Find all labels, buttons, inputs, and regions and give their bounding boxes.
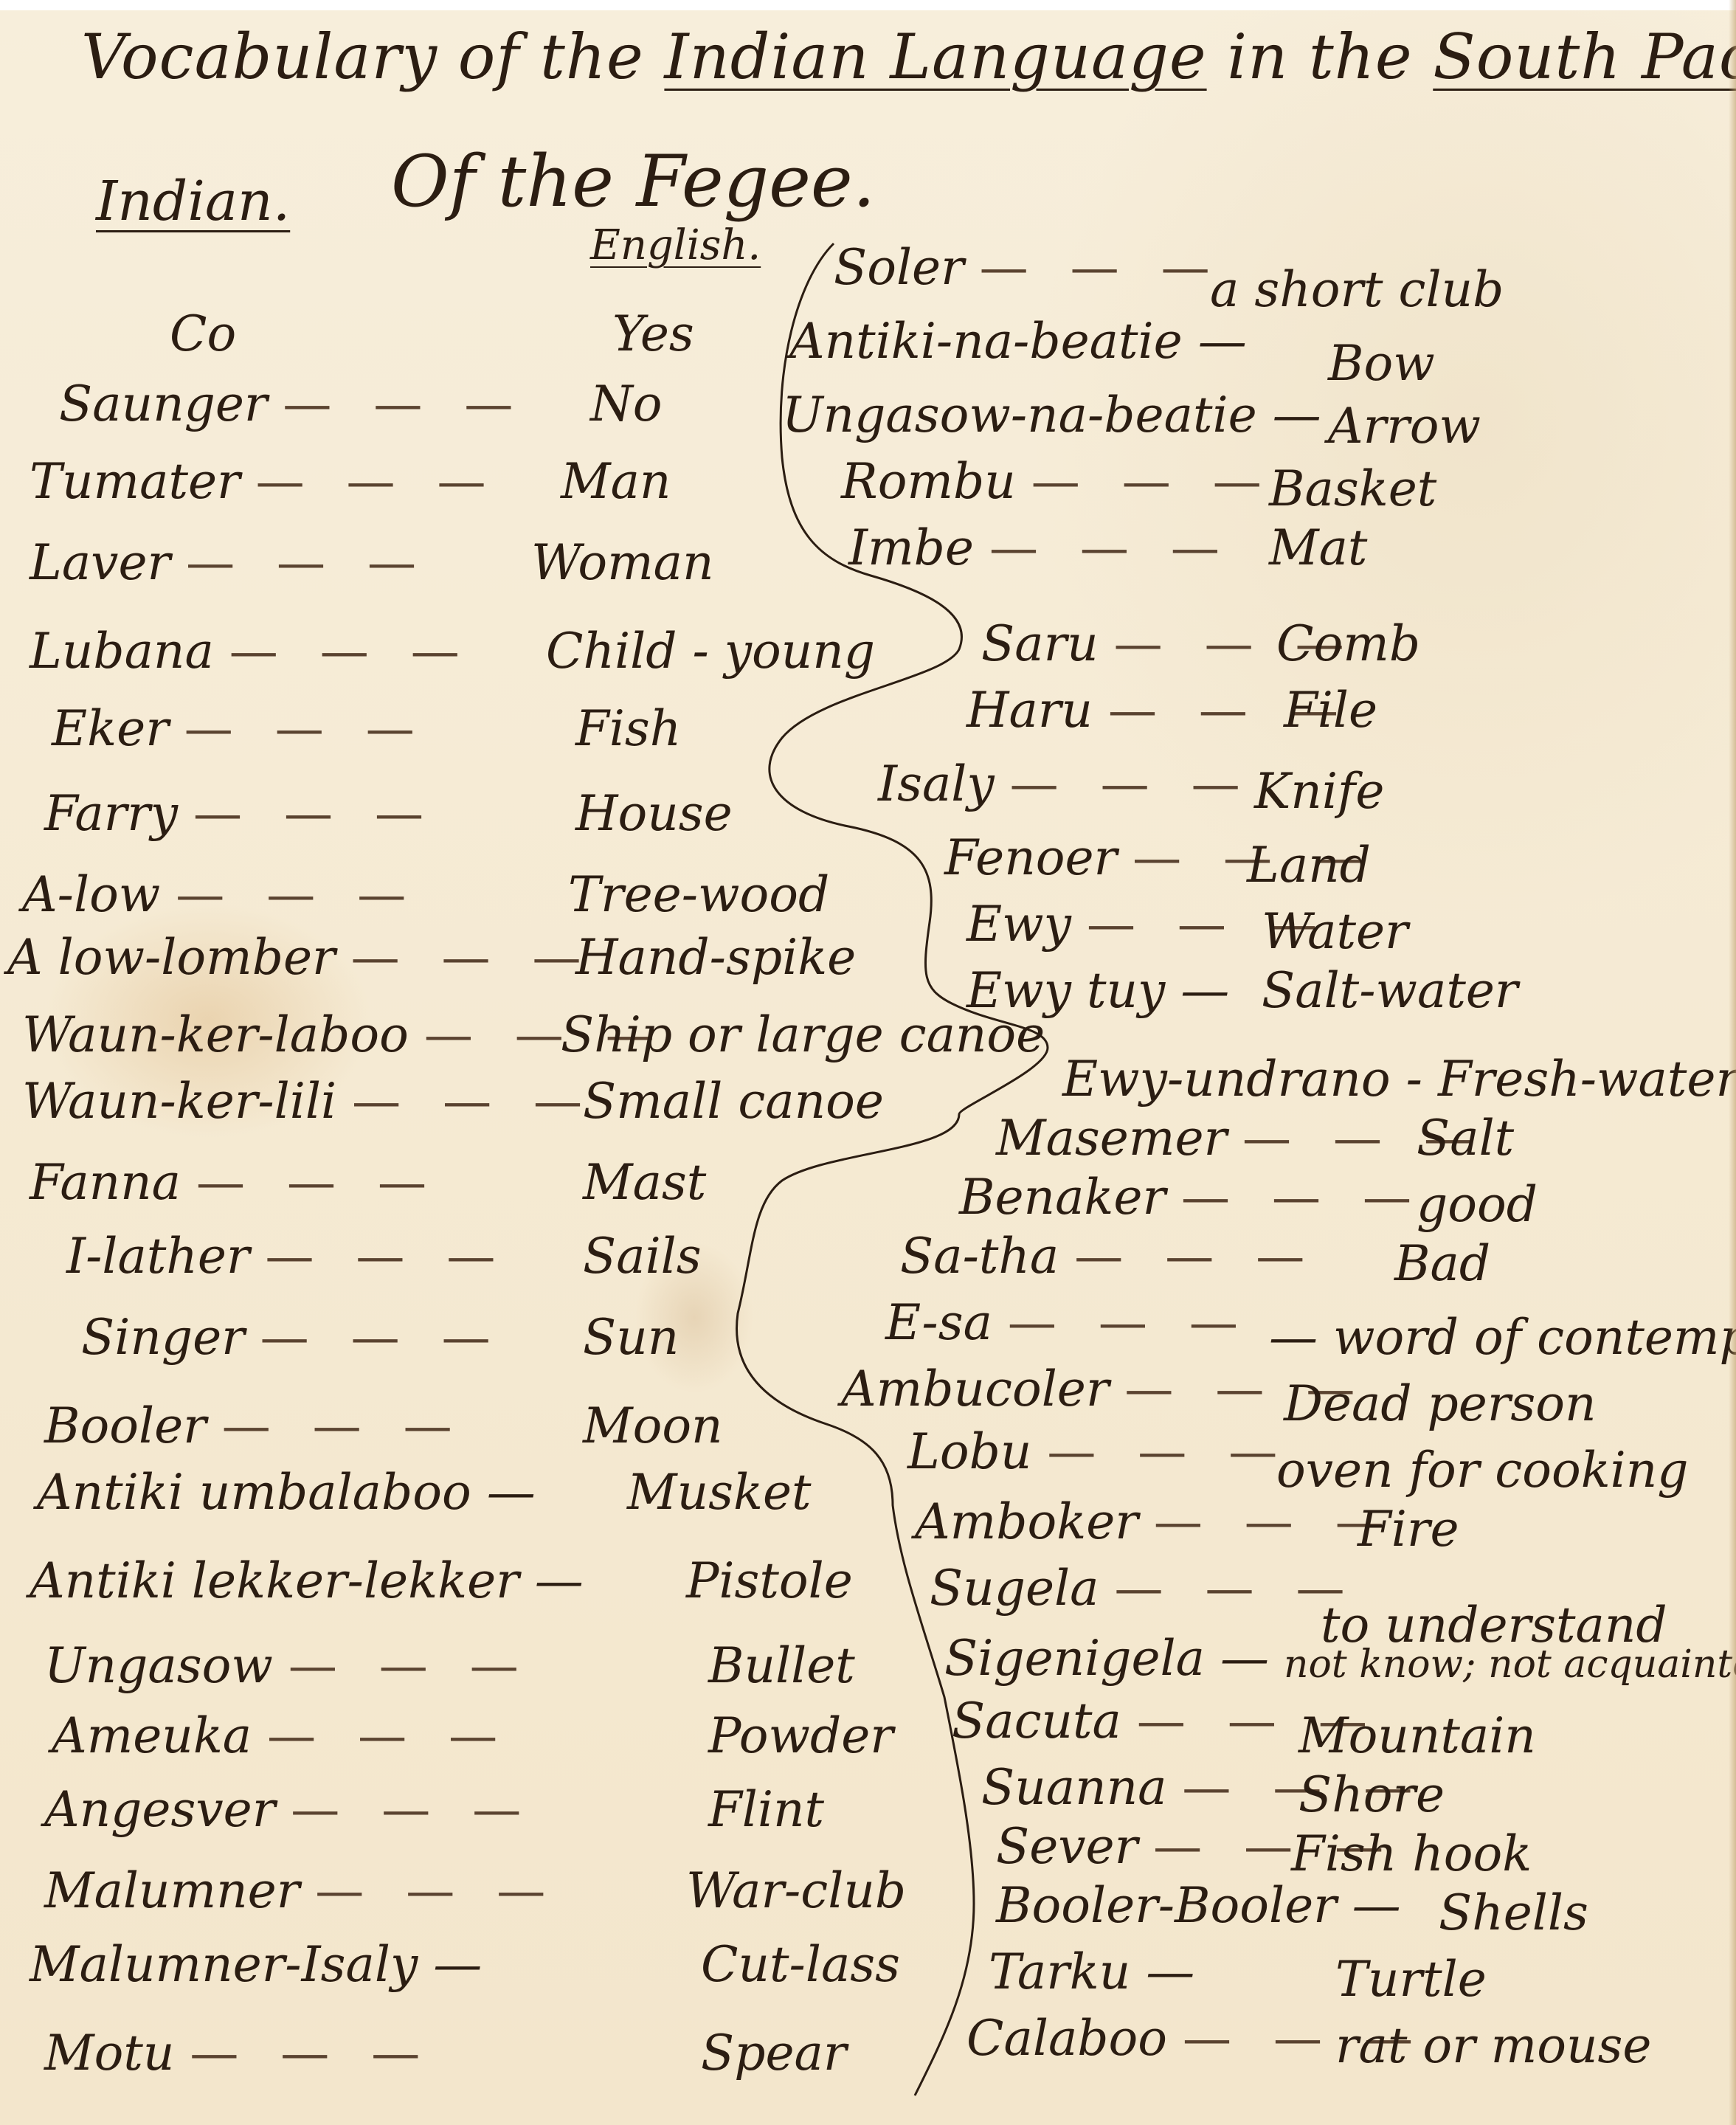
list-item: Powder — [708, 1712, 893, 1761]
separator: — — — — [190, 2025, 433, 2081]
separator: — — — — [260, 1309, 504, 1366]
indian-word: Ameuka — [52, 1707, 252, 1764]
english-word: Man — [561, 453, 671, 510]
list-item: Sa-tha — — — — [900, 1232, 1318, 1281]
list-item: rat or mouse — [1335, 2022, 1651, 2070]
list-item: Dead person — [1284, 1380, 1597, 1428]
english-word: House — [575, 785, 733, 842]
indian-word: Singer — [81, 1309, 245, 1366]
list-item: War-club — [686, 1867, 906, 1915]
list-item: Imbe — — — — [848, 524, 1233, 573]
english-word: Yes — [612, 305, 694, 362]
list-item: Tarku — — [989, 1948, 1194, 1997]
separator: — — — — [196, 1154, 440, 1211]
english-word: word of contempt — [1333, 1309, 1736, 1366]
list-item: Booler — — — — [44, 1402, 466, 1451]
indian-word: Soler — [834, 239, 964, 296]
list-item: Water — [1262, 908, 1408, 956]
english-word: Water — [1262, 903, 1408, 960]
english-word: Small canoe — [583, 1073, 884, 1130]
english-word: Bullet — [708, 1637, 855, 1694]
indian-word: Booler — [44, 1397, 207, 1454]
english-word: Powder — [708, 1707, 893, 1764]
list-item: Amboker — — — — [915, 1498, 1397, 1547]
indian-word: Ewy-undrano — [1062, 1051, 1391, 1108]
english-column-header: English. — [590, 221, 761, 269]
list-item: — word of contempt — [1269, 1313, 1736, 1362]
separator: — — — — [222, 1397, 466, 1454]
english-word: Fire — [1358, 1501, 1459, 1558]
english-word: Flint — [708, 1781, 824, 1838]
english-word: Moon — [583, 1397, 723, 1454]
indian-word: Fenoer — [944, 829, 1117, 886]
indian-word: Saru — [981, 615, 1099, 672]
list-item: Knife — [1254, 767, 1384, 816]
title-part: in the — [1207, 21, 1434, 93]
separator: — — — — [1010, 756, 1253, 812]
list-item: Masemer — — — — [996, 1114, 1486, 1163]
separator: — — — — [1008, 1294, 1251, 1351]
indian-word: Sugela — [930, 1560, 1099, 1617]
separator: — — — — [267, 1707, 511, 1764]
list-item: Bad — [1394, 1240, 1490, 1288]
indian-word: A-low — [22, 866, 160, 923]
english-word: Salt — [1417, 1110, 1514, 1167]
list-item: Small canoe — [583, 1077, 884, 1126]
separator: — — — — [288, 1637, 532, 1694]
list-item: Sigenigela — — [944, 1634, 1269, 1683]
list-item: Sun — [583, 1313, 679, 1362]
indian-word: Ungasow — [44, 1637, 273, 1694]
list-item: Comb — [1276, 620, 1420, 668]
list-item: Musket — [627, 1468, 812, 1517]
english-word: Sails — [583, 1228, 702, 1285]
separator: — — — — [193, 785, 437, 842]
english-word: not know; not acquainted — [1284, 1642, 1736, 1687]
english-word: File — [1284, 682, 1377, 739]
list-item: Pistole — [686, 1557, 853, 1606]
indian-word: Ungasow-na-beatie — [782, 387, 1257, 443]
english-word: rat or mouse — [1335, 2017, 1651, 2074]
list-item: Man — [561, 457, 671, 506]
list-item: Turtle — [1335, 1955, 1487, 2004]
list-item: Fanna — — — — [30, 1158, 440, 1207]
indian-word: Imbe — [848, 519, 974, 576]
separator: — — — — [352, 1073, 595, 1130]
english-word: Mat — [1269, 519, 1367, 576]
english-word: Turtle — [1335, 1951, 1487, 2008]
list-item: Lubana — — — — [30, 627, 473, 676]
english-word: good — [1417, 1176, 1538, 1233]
list-item: A-low — — — — [22, 871, 419, 919]
english-word: Sun — [583, 1309, 679, 1366]
indian-word: Eker — [52, 700, 169, 757]
indian-word: Co — [170, 305, 236, 362]
indian-word: Sacuta — [952, 1693, 1121, 1749]
indian-column-header: Indian. — [96, 170, 290, 233]
list-item: Soler — — — — [834, 243, 1223, 292]
separator: — — — — [229, 623, 473, 680]
list-item: Antiki-na-beatie — — [789, 317, 1247, 366]
list-item: Spear — [701, 2029, 846, 2078]
list-item: Antiki umbalaboo — — [37, 1468, 536, 1517]
list-item: Bow — [1328, 339, 1435, 388]
title-part: Vocabulary of the — [81, 21, 664, 93]
list-item: Malumner-Isaly — — [30, 1941, 482, 1989]
list-item: Lobu — — — — [907, 1428, 1290, 1476]
indian-word: A low-lomber — [7, 929, 336, 986]
indian-word: Waun-ker-laboo — [22, 1006, 409, 1063]
separator: — — — — [176, 866, 419, 923]
list-item: Farry — — — — [44, 789, 437, 838]
english-word: a short club — [1210, 261, 1504, 318]
english-word: Shells — [1439, 1884, 1588, 1941]
english-word: Spear — [701, 2025, 846, 2081]
indian-word: Fanna — [30, 1154, 181, 1211]
list-item: Ewy tuy — — [966, 967, 1229, 1015]
list-item: Land — [1247, 841, 1371, 890]
list-item: Mast — [583, 1158, 706, 1207]
indian-word: Amboker — [915, 1493, 1138, 1550]
indian-word: Malumner-Isaly — [30, 1936, 418, 1993]
indian-word: Calaboo — [966, 2010, 1167, 2067]
list-item: Booler-Booler — — [996, 1882, 1401, 1930]
list-item: not know; not acquainted — [1284, 1645, 1736, 1684]
list-item: E-sa — — — — [885, 1299, 1251, 1347]
list-item: Arrow — [1328, 402, 1481, 451]
list-item: Eker — — — — [52, 705, 428, 753]
indian-word: Lobu — [907, 1423, 1031, 1480]
separator: — — — — [980, 239, 1223, 296]
indian-word: I-lather — [66, 1228, 249, 1285]
english-word: oven for cooking — [1276, 1442, 1689, 1499]
list-item: Tree-wood — [568, 871, 829, 919]
indian-word: Benaker — [959, 1169, 1166, 1226]
english-word: War-club — [686, 1862, 906, 1919]
indian-word: Antiki-na-beatie — [789, 313, 1183, 370]
separator: — — — — [1074, 1228, 1318, 1285]
indian-word: Malumner — [44, 1862, 300, 1919]
indian-word: Sever — [996, 1818, 1138, 1875]
english-word: Child - young — [546, 623, 875, 680]
indian-word: Rombu — [841, 453, 1016, 510]
list-item: Laver — — — — [30, 539, 429, 587]
title-part-underlined: Indian Language — [664, 21, 1206, 93]
list-item: Basket — [1269, 465, 1436, 514]
english-word: Fish — [575, 700, 681, 757]
separator: — — — — [1181, 1169, 1425, 1226]
english-word: Fish hook — [1291, 1825, 1532, 1882]
english-word: Bow — [1328, 335, 1435, 392]
list-item: Hand-spike — [575, 933, 856, 982]
separator: — — — — [315, 1862, 559, 1919]
separator: — — — — [1047, 1423, 1290, 1480]
english-word: Woman — [531, 534, 714, 591]
list-item: Motu — — — — [44, 2029, 433, 2078]
list-item: Fire — [1358, 1505, 1459, 1554]
list-item: Fish — [575, 705, 681, 753]
list-item: Waun-ker-lili — — — — [22, 1077, 595, 1126]
list-item: Mountain — [1298, 1712, 1536, 1761]
indian-word: Ewy — [966, 896, 1071, 953]
list-item: A low-lomber — — — — [7, 933, 595, 982]
english-word: Pistole — [686, 1552, 853, 1609]
english-word: Shore — [1298, 1766, 1445, 1823]
page-title: Vocabulary of the Indian Language in the… — [81, 21, 1736, 93]
indian-word: Saunger — [59, 376, 267, 432]
english-word: Tree-wood — [568, 866, 829, 923]
english-word: Mast — [583, 1154, 706, 1211]
indian-word: Haru — [966, 682, 1093, 739]
list-item: oven for cooking — [1276, 1446, 1689, 1495]
separator: — — — — [1031, 453, 1275, 510]
english-word: Salt-water — [1262, 962, 1518, 1019]
list-item: Flint — [708, 1786, 824, 1834]
indian-word: Antiki umbalaboo — [37, 1464, 471, 1521]
indian-word: Antiki lekker-lekker — [30, 1552, 519, 1609]
list-item: good — [1417, 1181, 1538, 1229]
indian-word: Angesver — [44, 1781, 275, 1838]
list-item: Ameuka — — — — [52, 1712, 511, 1761]
separator: — — — — [184, 700, 428, 757]
list-item: Rombu — — — — [841, 457, 1275, 506]
title-part-underlined: South Pacific — [1433, 21, 1736, 93]
list-item: Ungasow-na-beatie — — [782, 391, 1321, 440]
list-item: Bullet — [708, 1642, 855, 1690]
list-item: Benaker — — — — [959, 1173, 1425, 1222]
indian-word: Motu — [44, 2025, 174, 2081]
indian-word: Farry — [44, 785, 178, 842]
indian-word: Sigenigela — [944, 1630, 1205, 1687]
english-word: Land — [1247, 837, 1371, 894]
separator: — — — — [351, 929, 595, 986]
list-item: Fish hook — [1291, 1830, 1532, 1879]
indian-word: Suanna — [981, 1759, 1166, 1816]
list-item: Sails — [583, 1232, 702, 1281]
list-item: Mat — [1269, 524, 1367, 573]
list-item: Sugela — — — — [930, 1564, 1358, 1613]
list-item: House — [575, 789, 733, 838]
english-word: Bad — [1394, 1235, 1490, 1292]
list-item: Salt — [1417, 1114, 1514, 1163]
indian-word: Ewy tuy — [966, 962, 1165, 1019]
separator: — — — — [989, 519, 1233, 576]
indian-word: Isaly — [878, 756, 995, 812]
list-item: Malumner — — — — [44, 1867, 559, 1915]
list-item: File — [1284, 686, 1377, 735]
english-word: Knife — [1254, 763, 1384, 820]
list-item: Woman — [531, 539, 714, 587]
subtitle: Of the Fegee. — [391, 140, 875, 223]
list-item: a short club — [1210, 266, 1504, 314]
list-item: Child - young — [546, 627, 875, 676]
list-item: I-lather — — — — [66, 1232, 508, 1281]
english-word: Arrow — [1328, 398, 1481, 455]
list-item: Isaly — — — — [878, 760, 1253, 809]
indian-word: Sa-tha — [900, 1228, 1059, 1285]
english-word: Dead person — [1284, 1375, 1597, 1432]
english-word: Fresh-water — [1438, 1051, 1736, 1108]
indian-word: Ambucoler — [841, 1361, 1109, 1417]
separator: — — — — [265, 1228, 508, 1285]
list-item: Yes — [612, 310, 694, 359]
list-item: Ungasow — — — — [44, 1642, 532, 1690]
separator: — — — — [256, 453, 499, 510]
separator: — — — — [291, 1781, 534, 1838]
list-item: Salt-water — [1262, 967, 1518, 1015]
english-word: No — [590, 376, 663, 432]
manuscript-page: Vocabulary of the Indian Language in the… — [0, 0, 1736, 2125]
list-item: Shells — [1439, 1889, 1588, 1938]
list-item: Angesver — — — — [44, 1786, 534, 1834]
english-word: Musket — [627, 1464, 812, 1521]
english-word: Comb — [1276, 615, 1420, 672]
list-item: No — [590, 380, 663, 429]
list-item: Ewy-undrano - Fresh-water — [1062, 1055, 1736, 1104]
english-word: Hand-spike — [575, 929, 856, 986]
english-word: Mountain — [1298, 1707, 1536, 1764]
list-item: Singer — — — — [81, 1313, 504, 1362]
english-word: Cut-lass — [701, 1936, 900, 1993]
list-item: Co — [170, 310, 236, 359]
indian-word: Masemer — [996, 1110, 1227, 1167]
list-item: Saunger — — — — [59, 380, 526, 429]
english-word: Basket — [1269, 460, 1436, 517]
indian-word: Waun-ker-lili — [22, 1073, 336, 1130]
list-item: Cut-lass — [701, 1941, 900, 1989]
indian-word: Laver — [30, 534, 170, 591]
indian-word: Lubana — [30, 623, 214, 680]
list-item: Shore — [1298, 1771, 1445, 1820]
list-item: Antiki lekker-lekker — — [30, 1557, 584, 1606]
separator: — — — — [186, 534, 429, 591]
indian-word: Booler-Booler — [996, 1877, 1337, 1934]
list-item: Tumater — — — — [30, 457, 499, 506]
list-item: Moon — [583, 1402, 723, 1451]
indian-word: E-sa — [885, 1294, 992, 1351]
separator: — — — — [283, 376, 526, 432]
indian-word: Tumater — [30, 453, 241, 510]
indian-word: Tarku — [989, 1943, 1130, 2000]
